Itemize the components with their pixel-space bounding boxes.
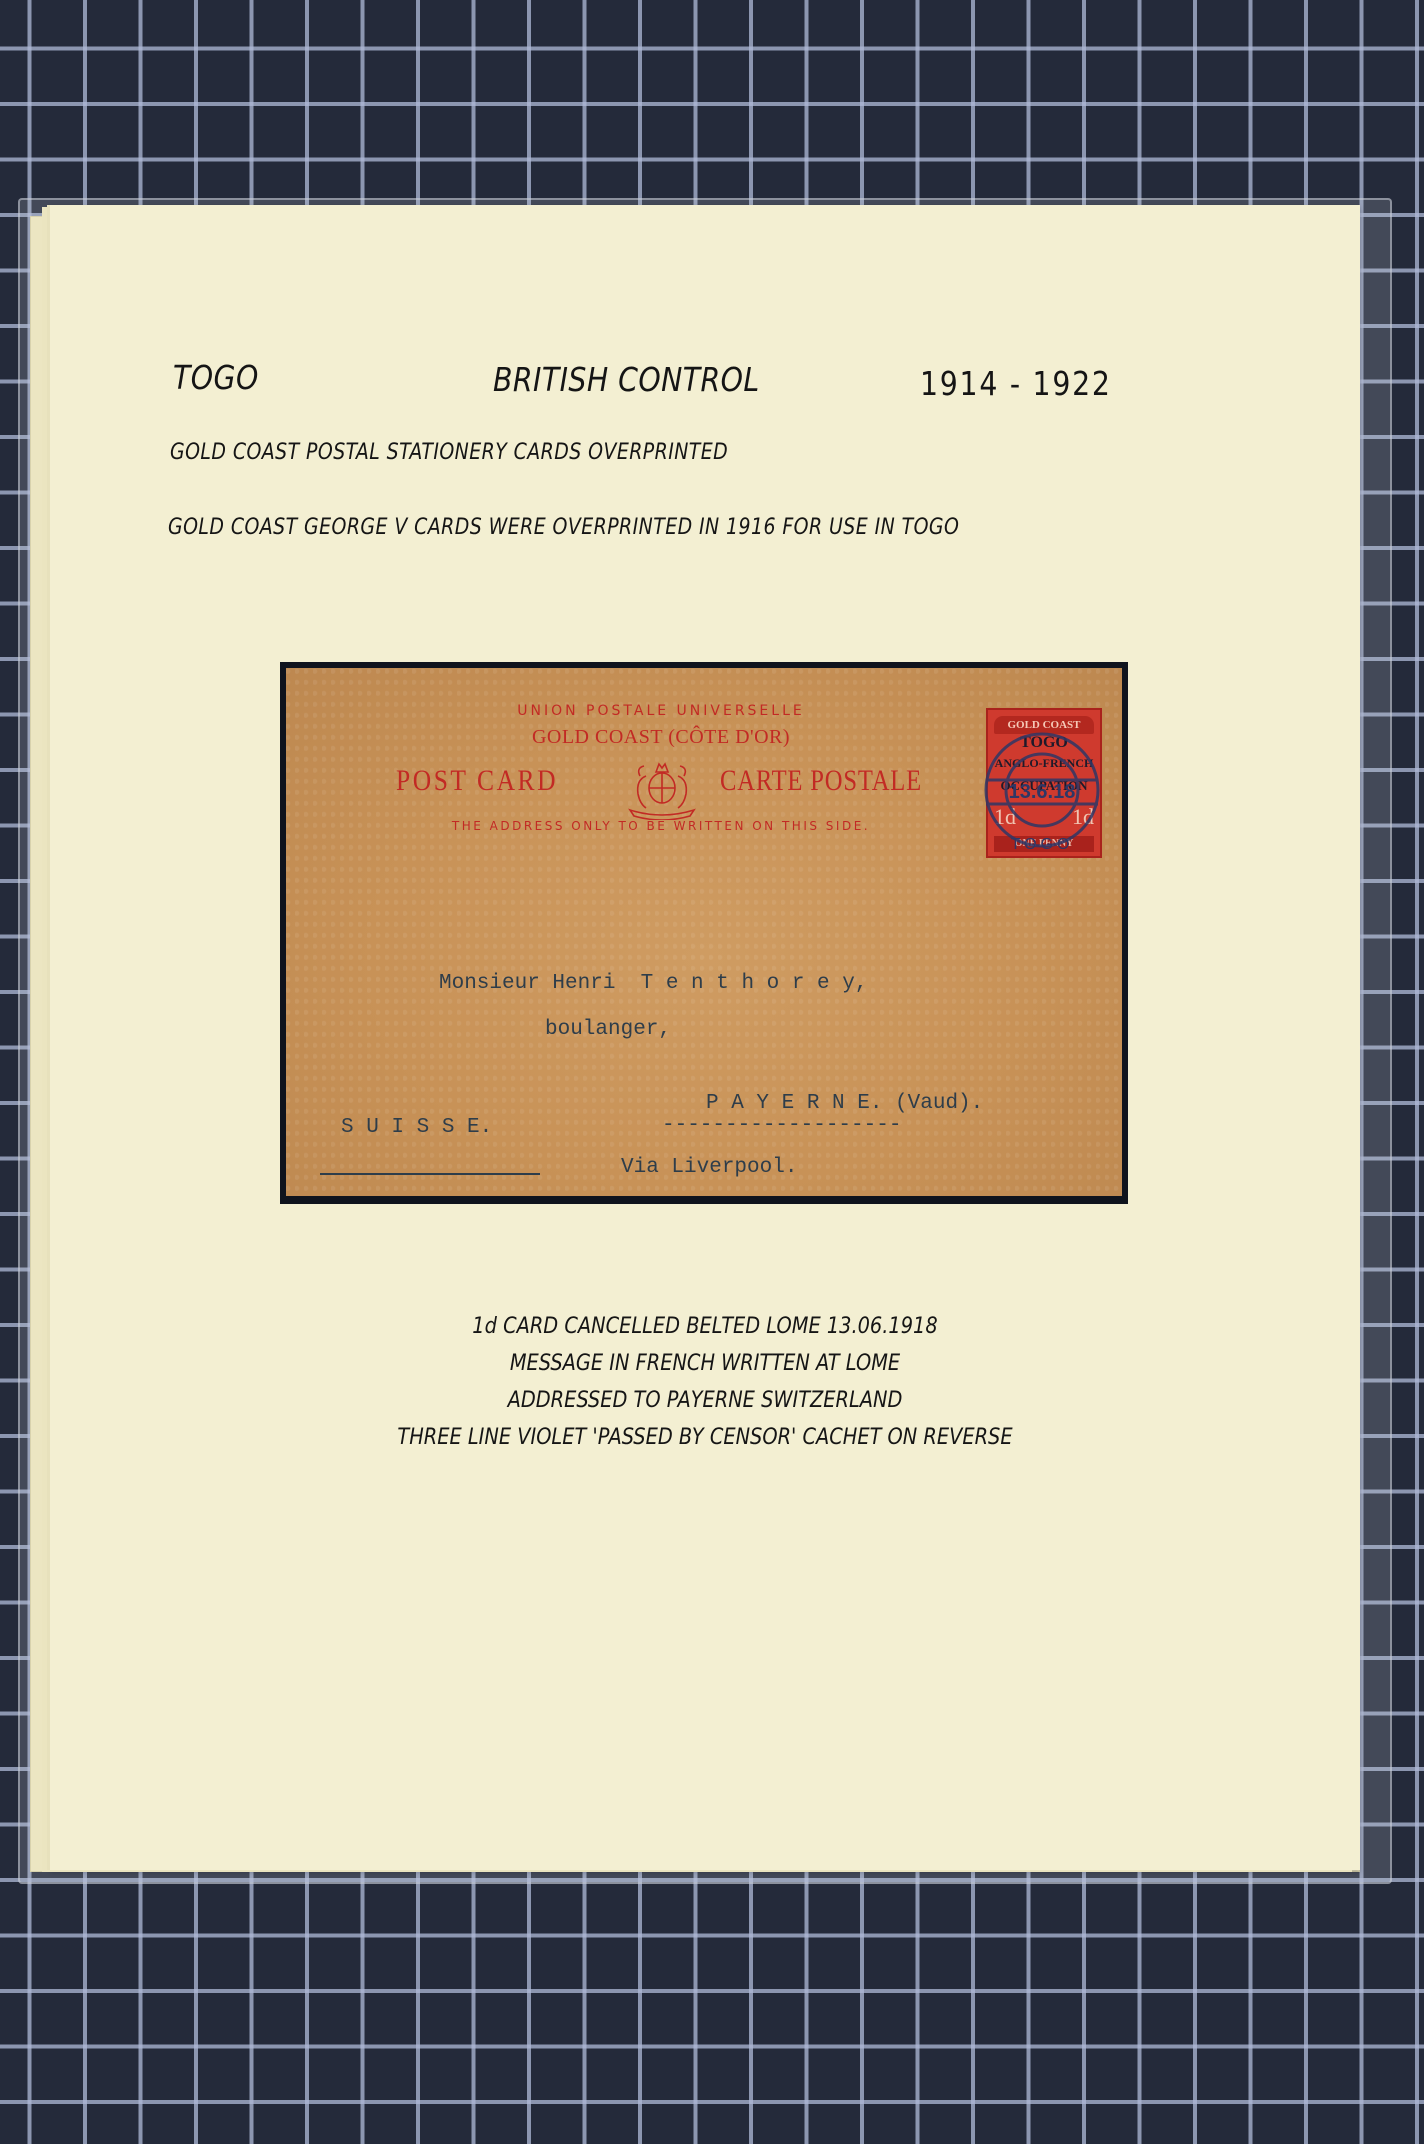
- postcard-mount: UNION POSTALE UNIVERSELLE GOLD COAST (CÔ…: [280, 662, 1128, 1204]
- page-title-section: BRITISH CONTROL: [493, 360, 760, 399]
- svg-text:TOGO: TOGO: [1011, 836, 1074, 853]
- addressee-occupation: boulanger,: [545, 1018, 671, 1041]
- page-title-years: 1914 - 1922: [920, 364, 1112, 403]
- addressee-city: P A Y E R N E. (Vaud).: [706, 1092, 983, 1115]
- city-underline: -------------------: [662, 1114, 901, 1137]
- page-notes: 1d CARD CANCELLED BELTED LOME 13.06.1918…: [50, 1308, 1360, 1456]
- card-title-english: POST CARD: [396, 764, 558, 798]
- postmark-icon: 13.6.18 TOGO: [974, 728, 1122, 856]
- card-upu-heading: UNION POSTALE UNIVERSELLE: [286, 703, 1036, 719]
- note-line: ADDRESSED TO PAYERNE SWITZERLAND: [129, 1382, 1282, 1419]
- svg-text:13.6.18: 13.6.18: [1009, 781, 1076, 803]
- card-address-instruction: THE ADDRESS ONLY TO BE WRITTEN ON THIS S…: [286, 819, 1036, 833]
- addressee-country: S U I S S E.: [341, 1116, 492, 1139]
- royal-arms-icon: [616, 754, 708, 820]
- page-subtitle: GOLD COAST POSTAL STATIONERY CARDS OVERP…: [170, 440, 728, 465]
- page-description: GOLD COAST GEORGE V CARDS WERE OVERPRINT…: [168, 515, 959, 540]
- routing-instruction: Via Liverpool.: [621, 1156, 797, 1179]
- card-title-french: CARTE POSTALE: [720, 764, 922, 798]
- country-underline: [320, 1173, 540, 1175]
- page-title-country: TOGO: [173, 358, 259, 397]
- note-line: 1d CARD CANCELLED BELTED LOME 13.06.1918: [129, 1308, 1282, 1345]
- note-line: MESSAGE IN FRENCH WRITTEN AT LOME: [129, 1345, 1282, 1382]
- postcard: UNION POSTALE UNIVERSELLE GOLD COAST (CÔ…: [286, 668, 1122, 1196]
- note-line: THREE LINE VIOLET 'PASSED BY CENSOR' CAC…: [129, 1419, 1282, 1456]
- card-issuer: GOLD COAST (CÔTE D'OR): [286, 726, 1036, 749]
- addressee-name: Monsieur Henri T e n t h o r e y,: [439, 972, 867, 995]
